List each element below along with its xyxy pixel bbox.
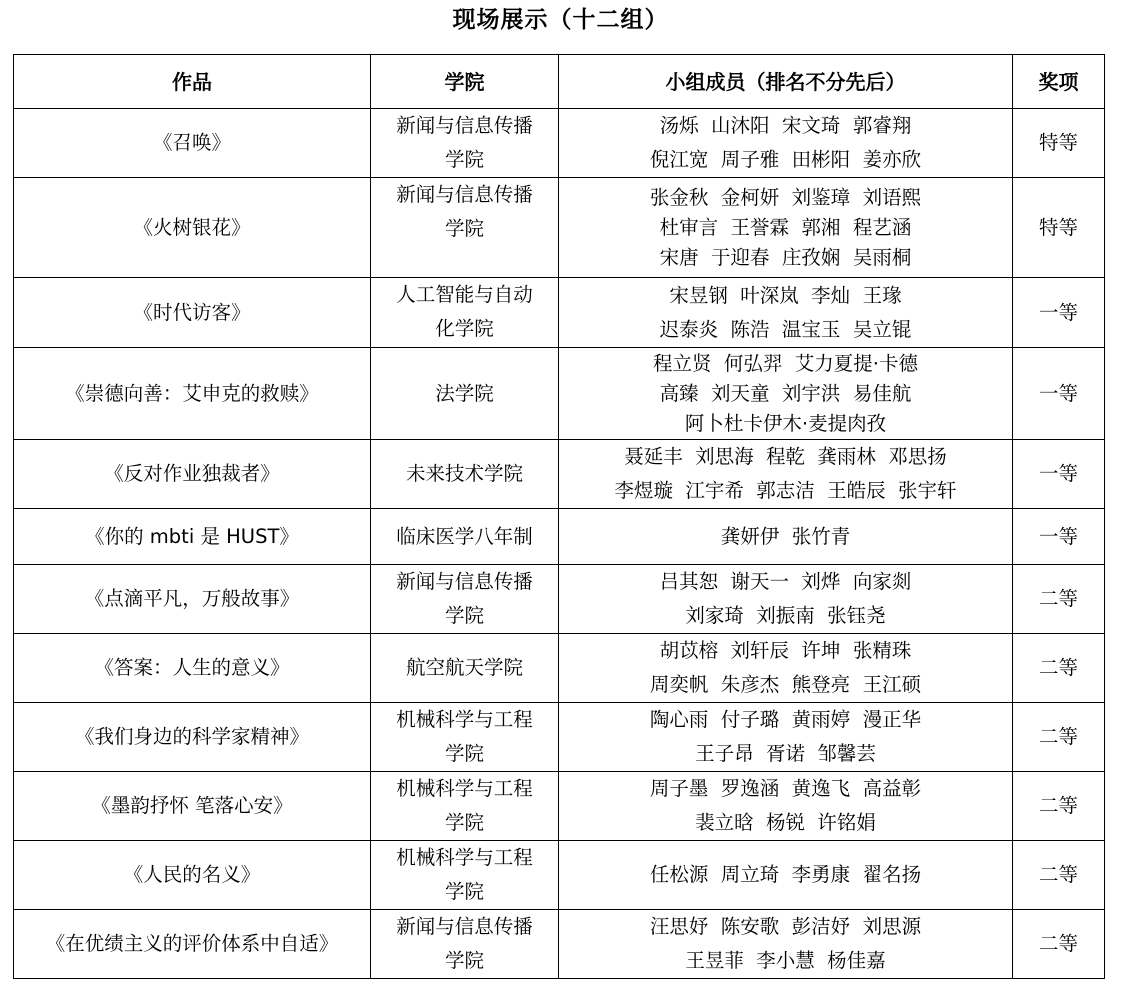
- members-line: 周奕帆 朱彦杰 熊登亮 王江硕: [559, 668, 1012, 702]
- members-line: 倪江宽 周子雅 田彬阳 姜亦欣: [559, 143, 1012, 177]
- table-row: 《在优绩主义的评价体系中自适》新闻与信息传播学院汪思妤 陈安歌 彭洁妤 刘思源王…: [14, 910, 1105, 979]
- members-line: 王昱菲 李小慧 杨佳嘉: [559, 944, 1012, 978]
- award-cell: 二等: [1013, 565, 1105, 634]
- college-cell: 航空航天学院: [371, 634, 559, 703]
- members-cell: 宋昱钢 叶深岚 李灿 王瑑迟泰炎 陈浩 温宝玉 吴立锟: [559, 278, 1013, 348]
- award-cell: 特等: [1013, 178, 1105, 278]
- members-cell: 汤烁 山沐阳 宋文琦 郭睿翔倪江宽 周子雅 田彬阳 姜亦欣: [559, 109, 1013, 178]
- college-line: 机械科学与工程: [371, 772, 558, 806]
- members-line: 聂延丰 刘思海 程乾 龚雨林 邓思扬: [559, 440, 1012, 474]
- work-title-cell: 《你的 mbti 是 HUST》: [14, 509, 371, 565]
- work-title-cell: 《反对作业独裁者》: [14, 440, 371, 509]
- table-row: 《答案：人生的意义》航空航天学院胡苡榕 刘轩辰 许坤 张精珠周奕帆 朱彦杰 熊登…: [14, 634, 1105, 703]
- members-cell: 程立贤 何弘羿 艾力夏提·卡德高臻 刘天童 刘宇洪 易佳航阿卜杜卡伊木·麦提肉孜: [559, 348, 1013, 440]
- college-line: 机械科学与工程: [371, 703, 558, 737]
- college-line: 机械科学与工程: [371, 841, 558, 875]
- members-line: 汪思妤 陈安歌 彭洁妤 刘思源: [559, 910, 1012, 944]
- award-cell: 一等: [1013, 278, 1105, 348]
- members-line: 龚妍伊 张竹青: [559, 520, 1012, 554]
- members-line: 裴立晗 杨锐 许铭娟: [559, 806, 1012, 840]
- table-row: 《人民的名义》机械科学与工程学院任松源 周立琦 李勇康 翟名扬二等: [14, 841, 1105, 910]
- members-line: 周子墨 罗逸涵 黄逸飞 高益彰: [559, 772, 1012, 806]
- awards-table: 作品 学院 小组成员（排名不分先后） 奖项 《召唤》新闻与信息传播学院汤烁 山沐…: [13, 54, 1105, 979]
- college-cell: 人工智能与自动化学院: [371, 278, 559, 348]
- award-cell: 二等: [1013, 703, 1105, 772]
- college-line: 新闻与信息传播: [371, 910, 558, 944]
- members-line: 陶心雨 付子璐 黄雨婷 漫正华: [559, 703, 1012, 737]
- members-line: 任松源 周立琦 李勇康 翟名扬: [559, 858, 1012, 892]
- work-title-cell: 《时代访客》: [14, 278, 371, 348]
- work-title-cell: 《崇德向善：艾申克的救赎》: [14, 348, 371, 440]
- table-row: 《召唤》新闻与信息传播学院汤烁 山沐阳 宋文琦 郭睿翔倪江宽 周子雅 田彬阳 姜…: [14, 109, 1105, 178]
- award-cell: 二等: [1013, 772, 1105, 841]
- header-work: 作品: [14, 55, 371, 109]
- college-cell: 机械科学与工程学院: [371, 841, 559, 910]
- college-cell: 新闻与信息传播学院: [371, 565, 559, 634]
- college-cell: 新闻与信息传播学院: [371, 910, 559, 979]
- college-cell: 机械科学与工程学院: [371, 772, 559, 841]
- members-line: 汤烁 山沐阳 宋文琦 郭睿翔: [559, 109, 1012, 143]
- college-line: 临床医学八年制: [371, 520, 558, 554]
- college-line: 学院: [371, 143, 558, 177]
- college-cell: 未来技术学院: [371, 440, 559, 509]
- members-cell: 胡苡榕 刘轩辰 许坤 张精珠周奕帆 朱彦杰 熊登亮 王江硕: [559, 634, 1013, 703]
- table-row: 《崇德向善：艾申克的救赎》法学院程立贤 何弘羿 艾力夏提·卡德高臻 刘天童 刘宇…: [14, 348, 1105, 440]
- page-title: 现场展示（十二组）: [0, 4, 1121, 36]
- members-line: 杜审言 王誉霖 郭湘 程艺涵: [559, 213, 1012, 243]
- college-cell: 法学院: [371, 348, 559, 440]
- table-row: 《点滴平凡，万般故事》新闻与信息传播学院吕其恕 谢天一 刘烨 向家剡刘家琦 刘振…: [14, 565, 1105, 634]
- members-line: 李煜璇 江宇希 郭志洁 王皓辰 张宇轩: [559, 474, 1012, 508]
- members-cell: 任松源 周立琦 李勇康 翟名扬: [559, 841, 1013, 910]
- award-cell: 二等: [1013, 841, 1105, 910]
- members-line: 刘家琦 刘振南 张钰尧: [559, 599, 1012, 633]
- award-cell: 一等: [1013, 348, 1105, 440]
- members-cell: 吕其恕 谢天一 刘烨 向家剡刘家琦 刘振南 张钰尧: [559, 565, 1013, 634]
- header-members: 小组成员（排名不分先后）: [559, 55, 1013, 109]
- members-cell: 周子墨 罗逸涵 黄逸飞 高益彰裴立晗 杨锐 许铭娟: [559, 772, 1013, 841]
- college-line: 未来技术学院: [371, 457, 558, 491]
- college-line: 学院: [371, 212, 558, 246]
- header-award: 奖项: [1013, 55, 1105, 109]
- table-body: 《召唤》新闻与信息传播学院汤烁 山沐阳 宋文琦 郭睿翔倪江宽 周子雅 田彬阳 姜…: [14, 109, 1105, 979]
- college-cell: 新闻与信息传播学院: [371, 109, 559, 178]
- college-line: 学院: [371, 944, 558, 978]
- award-cell: 二等: [1013, 910, 1105, 979]
- members-cell: 龚妍伊 张竹青: [559, 509, 1013, 565]
- work-title-cell: 《在优绩主义的评价体系中自适》: [14, 910, 371, 979]
- table-row: 《墨韵抒怀 笔落心安》机械科学与工程学院周子墨 罗逸涵 黄逸飞 高益彰裴立晗 杨…: [14, 772, 1105, 841]
- members-line: 宋昱钢 叶深岚 李灿 王瑑: [559, 279, 1012, 313]
- work-title-cell: 《答案：人生的意义》: [14, 634, 371, 703]
- members-line: 迟泰炎 陈浩 温宝玉 吴立锟: [559, 313, 1012, 347]
- members-line: 王子昂 胥诺 邹馨芸: [559, 737, 1012, 771]
- college-cell: 新闻与信息传播学院: [371, 178, 559, 278]
- table-row: 《时代访客》人工智能与自动化学院宋昱钢 叶深岚 李灿 王瑑迟泰炎 陈浩 温宝玉 …: [14, 278, 1105, 348]
- college-line: 人工智能与自动: [371, 278, 558, 312]
- work-title-cell: 《点滴平凡，万般故事》: [14, 565, 371, 634]
- award-cell: 特等: [1013, 109, 1105, 178]
- table-row: 《火树银花》新闻与信息传播学院张金秋 金柯妍 刘鉴璋 刘语熙杜审言 王誉霖 郭湘…: [14, 178, 1105, 278]
- college-line: 新闻与信息传播: [371, 565, 558, 599]
- table-row: 《反对作业独裁者》未来技术学院聂延丰 刘思海 程乾 龚雨林 邓思扬李煜璇 江宇希…: [14, 440, 1105, 509]
- members-cell: 陶心雨 付子璐 黄雨婷 漫正华王子昂 胥诺 邹馨芸: [559, 703, 1013, 772]
- college-cell: 临床医学八年制: [371, 509, 559, 565]
- members-line: 高臻 刘天童 刘宇洪 易佳航: [559, 379, 1012, 409]
- college-line: 学院: [371, 737, 558, 771]
- college-line: 学院: [371, 599, 558, 633]
- work-title-cell: 《墨韵抒怀 笔落心安》: [14, 772, 371, 841]
- members-line: 宋唐 于迎春 庄孜娴 吴雨桐: [559, 243, 1012, 273]
- members-line: 阿卜杜卡伊木·麦提肉孜: [559, 409, 1012, 439]
- work-title-cell: 《火树银花》: [14, 178, 371, 278]
- work-title-cell: 《召唤》: [14, 109, 371, 178]
- members-line: 吕其恕 谢天一 刘烨 向家剡: [559, 565, 1012, 599]
- college-line: 新闻与信息传播: [371, 178, 558, 212]
- college-line: 法学院: [371, 377, 558, 411]
- table-row: 《你的 mbti 是 HUST》临床医学八年制龚妍伊 张竹青一等: [14, 509, 1105, 565]
- award-cell: 一等: [1013, 440, 1105, 509]
- work-title-cell: 《人民的名义》: [14, 841, 371, 910]
- college-line: 学院: [371, 806, 558, 840]
- members-line: 胡苡榕 刘轩辰 许坤 张精珠: [559, 634, 1012, 668]
- award-cell: 一等: [1013, 509, 1105, 565]
- members-cell: 汪思妤 陈安歌 彭洁妤 刘思源王昱菲 李小慧 杨佳嘉: [559, 910, 1013, 979]
- members-line: 程立贤 何弘羿 艾力夏提·卡德: [559, 349, 1012, 379]
- members-cell: 张金秋 金柯妍 刘鉴璋 刘语熙杜审言 王誉霖 郭湘 程艺涵宋唐 于迎春 庄孜娴 …: [559, 178, 1013, 278]
- college-line: 航空航天学院: [371, 651, 558, 685]
- table-row: 《我们身边的科学家精神》机械科学与工程学院陶心雨 付子璐 黄雨婷 漫正华王子昂 …: [14, 703, 1105, 772]
- college-line: 学院: [371, 875, 558, 909]
- award-cell: 二等: [1013, 634, 1105, 703]
- members-cell: 聂延丰 刘思海 程乾 龚雨林 邓思扬李煜璇 江宇希 郭志洁 王皓辰 张宇轩: [559, 440, 1013, 509]
- college-cell: 机械科学与工程学院: [371, 703, 559, 772]
- college-line: 新闻与信息传播: [371, 109, 558, 143]
- work-title-cell: 《我们身边的科学家精神》: [14, 703, 371, 772]
- header-row: 作品 学院 小组成员（排名不分先后） 奖项: [14, 55, 1105, 109]
- college-line: 化学院: [371, 312, 558, 346]
- members-line: 张金秋 金柯妍 刘鉴璋 刘语熙: [559, 183, 1012, 213]
- header-college: 学院: [371, 55, 559, 109]
